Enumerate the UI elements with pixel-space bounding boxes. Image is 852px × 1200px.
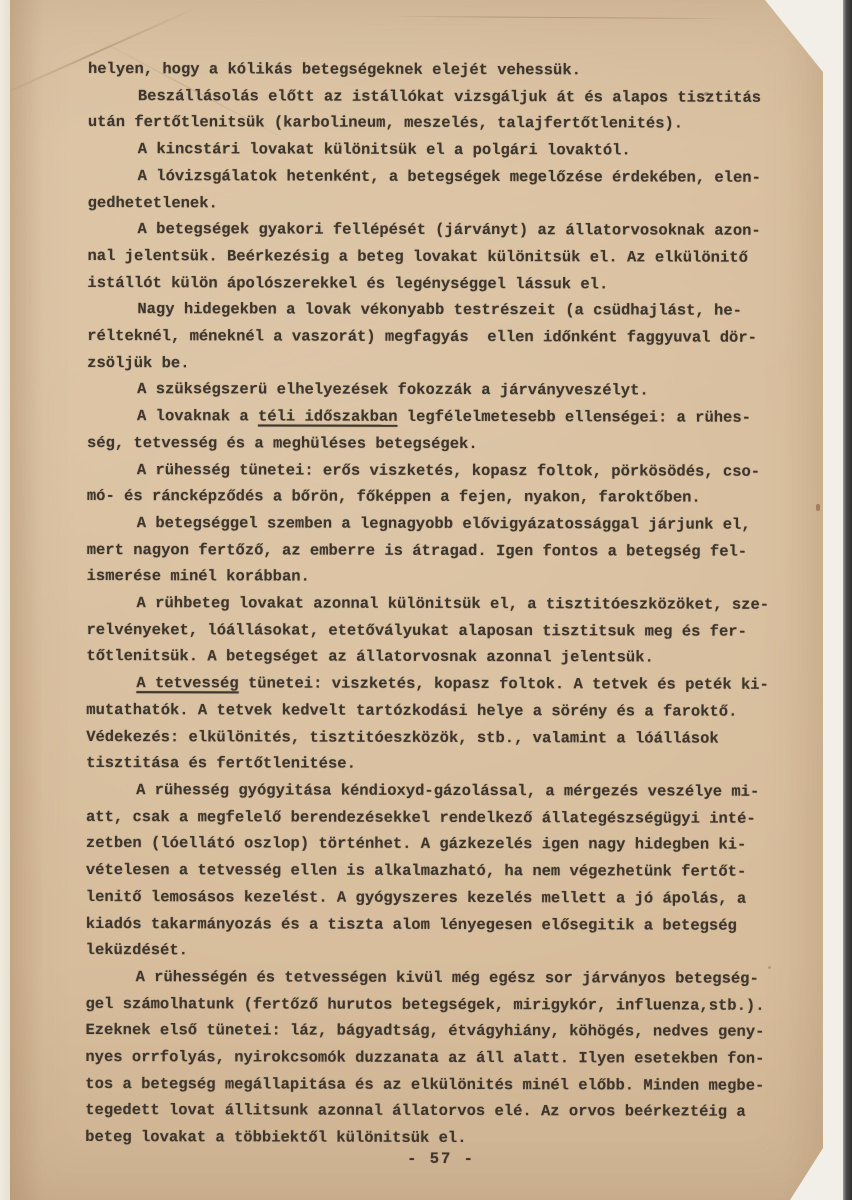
paper-speck (816, 504, 820, 511)
text-segment: tos a betegség megállapitása és az elkül… (85, 1075, 764, 1095)
text-line: A betegséggel szemben a legnagyobb elővi… (87, 510, 793, 539)
text-line: zetben (lóellátó oszlop) történhet. A gá… (86, 830, 792, 859)
text-line: A kincstári lovakat különitsük el a polg… (88, 136, 794, 165)
text-line: A rühesség gyógyitása kéndioxyd-gázoláss… (86, 777, 792, 806)
text-line: A rühességén és tetvességen kivül még eg… (86, 964, 792, 993)
text-segment: kiadós takarmányozás és a tiszta alom lé… (86, 914, 737, 934)
text-segment: leküzdését. (86, 941, 188, 959)
text-segment: A szükségszerü elhelyezések fokozzák a j… (137, 381, 649, 400)
text-line: beteg lovakat a többiektől különitsük el… (85, 1124, 791, 1153)
text-segment: rélteknél, méneknél a vaszorát) megfagyá… (87, 327, 757, 347)
text-segment: zsöljük be. (87, 354, 189, 372)
text-line: A rühbeteg lovakat azonnal különitsük el… (87, 590, 793, 619)
text-line: rélteknél, méneknél a vaszorát) megfagyá… (87, 323, 793, 352)
text-segment: A rühességén és tetvességen kivül még eg… (136, 968, 759, 988)
text-line: att, csak a megfelelő berendezésekkel re… (86, 804, 792, 833)
text-segment: tőtlenitsük. A betegséget az állatorvosn… (86, 647, 653, 666)
text-line: A rühesség tünetei: erős viszketés, kopa… (87, 457, 793, 486)
text-line: gel számolhatunk (fertőző hurutos betegs… (85, 991, 791, 1020)
text-segment: mert nagyon fertőző, az emberre is átrag… (87, 541, 747, 561)
text-segment: A betegséggel szemben a legnagyobb elővi… (137, 514, 751, 534)
text-line: helyen, hogy a kólikás betegségeknek ele… (88, 56, 794, 85)
text-segment: A rühesség tünetei: erős viszketés, kopa… (137, 461, 760, 481)
text-segment: tegedett lovat állitsunk azonnal állator… (85, 1101, 745, 1121)
text-segment: A rühbeteg lovakat azonnal különitsük el… (137, 594, 770, 614)
text-line: ismerése minél korábban. (87, 563, 793, 592)
text-line: vételesen a tetvesség ellen is alkalmazh… (86, 857, 792, 886)
text-line: mutathatók. A tetvek kedvelt tartózkodás… (86, 697, 792, 726)
text-line: tőtlenitsük. A betegséget az állatorvosn… (86, 643, 792, 672)
text-line: mó- és ráncképződés a bőrön, főképpen a … (87, 483, 793, 512)
text-line: A lovaknak a téli időszakban legfélelmet… (87, 403, 793, 432)
text-segment: A betegségek gyakori fellépését (járvány… (138, 220, 761, 240)
paper-edge-line (390, 16, 730, 19)
text-segment: legfélelmetesebb ellenségei: a rühes- (397, 408, 751, 427)
text-line: ség, tetvesség és a meghüléses betegsége… (87, 430, 793, 459)
text-segment: A kincstári lovakat különitsük el a polg… (138, 140, 631, 159)
text-segment: mó- és ráncképződés a bőrön, főképpen a … (87, 487, 701, 507)
document-page: helyen, hogy a kólikás betegségeknek ele… (10, 0, 823, 1200)
text-line: tos a betegség megállapitása és az elkül… (85, 1071, 791, 1100)
text-segment: tisztitása és fertőtlenitése. (86, 754, 356, 773)
text-segment: relvényeket, lóállásokat, etetővályukat … (86, 621, 746, 641)
paper-corner-fold (762, 0, 825, 66)
text-line: mert nagyon fertőző, az emberre is átrag… (87, 537, 793, 566)
text-segment: A rühesség gyógyitása kéndioxyd-gázoláss… (136, 781, 759, 801)
text-segment: gel számolhatunk (fertőző hurutos betegs… (85, 995, 764, 1015)
text-segment: Ezeknek első tünetei: láz, bágyadtság, é… (85, 1021, 764, 1041)
text-segment: beteg lovakat a többiektől különitsük el… (85, 1128, 466, 1147)
text-line: A lóvizsgálatok hetenként, a betegségek … (88, 163, 794, 192)
text-segment: mutathatók. A tetvek kedvelt tartózkodás… (86, 701, 737, 721)
text-line: relvényeket, lóállásokat, etetővályukat … (86, 617, 792, 646)
text-segment: zetben (lóellátó oszlop) történhet. A gá… (86, 834, 746, 854)
underlined-phrase: A tetvesség (136, 674, 238, 692)
text-line: Beszállásolás előtt az istállókat vizsgá… (88, 83, 794, 112)
text-line: A betegségek gyakori fellépését (járvány… (88, 216, 794, 245)
text-line: után fertőtlenitsük (karbolineum, meszel… (88, 109, 794, 138)
text-line: Védekezés: elkülönités, tisztitóeszközök… (86, 724, 792, 753)
text-segment: után fertőtlenitsük (karbolineum, meszel… (88, 113, 683, 133)
text-segment: gedhetetlenek. (88, 194, 218, 212)
text-line: nyes orrfolyás, nyirokcsomók duzzanata a… (85, 1044, 791, 1073)
text-segment: tünetei: viszketés, kopasz foltok. A tet… (239, 675, 769, 694)
text-segment: Nagy hidegekben a lovak vékonyabb testré… (137, 300, 742, 320)
text-line: kiadós takarmányozás és a tiszta alom lé… (86, 910, 792, 939)
text-segment: helyen, hogy a kólikás betegségeknek ele… (88, 60, 581, 79)
text-segment: ség, tetvesség és a meghüléses betegsége… (87, 434, 478, 453)
text-line: tegedett lovat állitsunk azonnal állator… (85, 1097, 791, 1126)
text-segment: att, csak a megfelelő berendezésekkel re… (86, 808, 756, 828)
scanned-document: helyen, hogy a kólikás betegségeknek ele… (0, 0, 852, 1200)
underlined-phrase: téli időszakban (258, 408, 398, 426)
scanner-edge-strip (843, 0, 852, 1200)
text-segment: Beszállásolás előtt az istállókat vizsgá… (138, 87, 761, 107)
text-segment: lenitő lemosásos kezelést. A gyógyszeres… (86, 888, 746, 908)
text-segment: Védekezés: elkülönités, tisztitóeszközök… (86, 728, 719, 748)
text-line: tisztitása és fertőtlenitése. (86, 750, 792, 779)
text-line: A szükségszerü elhelyezések fokozzák a j… (87, 376, 793, 405)
text-segment: A lóvizsgálatok hetenként, a betegségek … (138, 167, 761, 187)
text-segment: nal jelentsük. Beérkezésig a beteg lovak… (87, 247, 747, 267)
text-segment: istállót külön ápolószerekkel és legénys… (87, 274, 608, 293)
text-line: lenitő lemosásos kezelést. A gyógyszeres… (86, 884, 792, 913)
text-line: Nagy hidegekben a lovak vékonyabb testré… (87, 296, 793, 325)
text-segment: vételesen a tetvesség ellen is alkalmazh… (86, 861, 746, 881)
text-line: Ezeknek első tünetei: láz, bágyadtság, é… (85, 1017, 791, 1046)
page-number: - 57 - (88, 1150, 794, 1168)
text-line: leküzdését. (86, 937, 792, 966)
text-line: istállót külön ápolószerekkel és legénys… (87, 270, 793, 299)
text-segment: nyes orrfolyás, nyirokcsomók duzzanata a… (85, 1048, 764, 1068)
text-line: zsöljük be. (87, 350, 793, 379)
page-text: helyen, hogy a kólikás betegségeknek ele… (85, 56, 794, 1153)
text-segment: ismerése minél korábban. (87, 567, 310, 586)
text-line: A tetvesség tünetei: viszketés, kopasz f… (86, 670, 792, 699)
text-line: nal jelentsük. Beérkezésig a beteg lovak… (87, 243, 793, 272)
text-line: gedhetetlenek. (88, 190, 794, 219)
text-segment: A lovaknak a (137, 407, 258, 425)
